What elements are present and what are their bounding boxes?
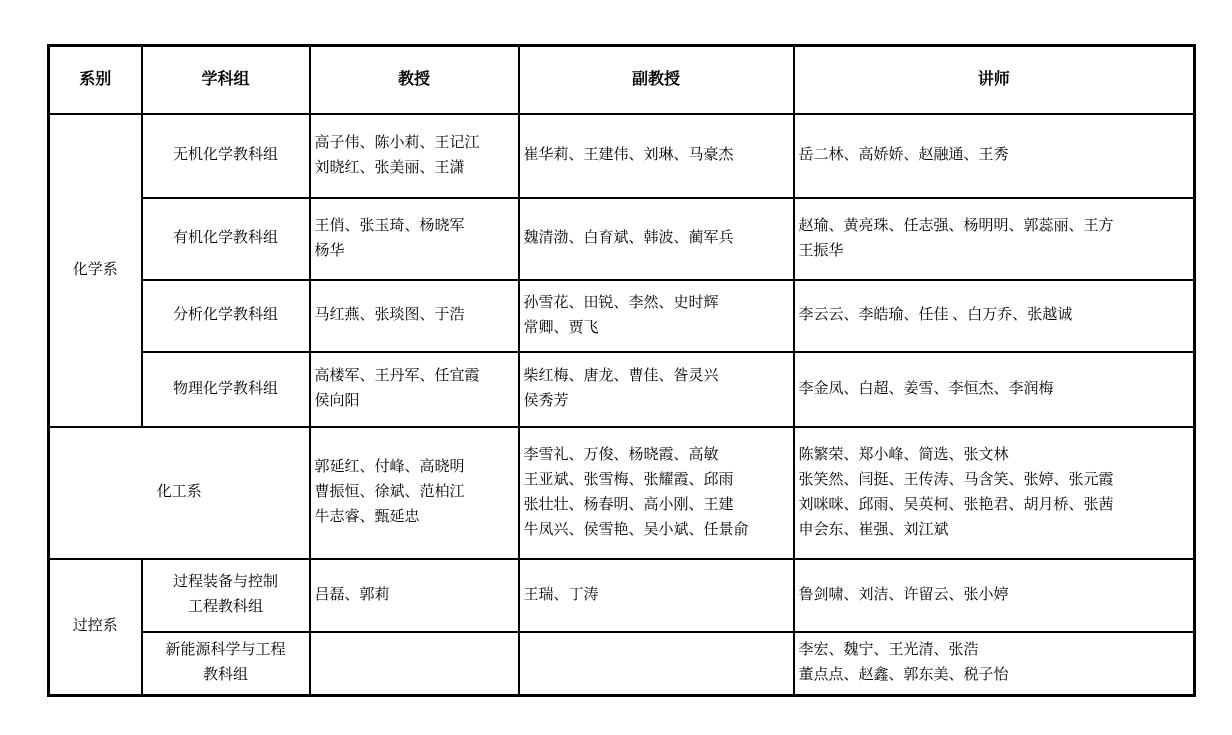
group-physical-chemistry: 物理化学教科组 bbox=[142, 352, 310, 427]
lecturers-chemeng: 陈繁荣、郑小峰、简选、张文林 张笑然、闫挺、王传涛、马含笑、张婷、张元霞 刘咪咪… bbox=[794, 427, 1195, 559]
professors-organic: 王俏、张玉琦、杨晓军 杨华 bbox=[310, 198, 519, 280]
header-associate-professor: 副教授 bbox=[519, 46, 794, 114]
group-analytical-chemistry: 分析化学教科组 bbox=[142, 280, 310, 352]
associate-professors-chemeng: 李雪礼、万俊、杨晓霞、高敏 王亚斌、张雪梅、张耀霞、邱雨 张壮壮、杨春明、高小刚… bbox=[519, 427, 794, 559]
header-professor: 教授 bbox=[310, 46, 519, 114]
lecturers-analytical: 李云云、李皓瑜、任佳 、白万乔、张越诚 bbox=[794, 280, 1195, 352]
table-row: 分析化学教科组 马红燕、张琰图、于浩 孙雪花、田锐、李然、史时辉 常卿、贾飞 李… bbox=[49, 280, 1195, 352]
header-row: 系别 学科组 教授 副教授 讲师 bbox=[49, 46, 1195, 114]
group-new-energy: 新能源科学与工程 教科组 bbox=[142, 632, 310, 696]
lecturers-new-energy: 李宏、魏宁、王光清、张浩 董点点、赵鑫、郭东美、税子怡 bbox=[794, 632, 1195, 696]
associate-professors-physical: 柴红梅、唐龙、曹佳、昝灵兴 侯秀芳 bbox=[519, 352, 794, 427]
dept-process-control: 过控系 bbox=[49, 559, 142, 696]
group-inorganic-chemistry: 无机化学教科组 bbox=[142, 114, 310, 198]
lecturers-physical: 李金凤、白超、姜雪、李恒杰、李润梅 bbox=[794, 352, 1195, 427]
professors-process-equipment: 吕磊、郭莉 bbox=[310, 559, 519, 632]
dept-chemical-engineering: 化工系 bbox=[49, 427, 310, 559]
header-lecturer: 讲师 bbox=[794, 46, 1195, 114]
associate-professors-new-energy bbox=[519, 632, 794, 696]
lecturers-process-equipment: 鲁剑啸、刘洁、许留云、张小婷 bbox=[794, 559, 1195, 632]
header-group: 学科组 bbox=[142, 46, 310, 114]
professors-inorganic: 高子伟、陈小莉、王记江 刘晓红、张美丽、王潇 bbox=[310, 114, 519, 198]
table-row: 新能源科学与工程 教科组 李宏、魏宁、王光清、张浩 董点点、赵鑫、郭东美、税子怡 bbox=[49, 632, 1195, 696]
table-row: 化学系 无机化学教科组 高子伟、陈小莉、王记江 刘晓红、张美丽、王潇 崔华莉、王… bbox=[49, 114, 1195, 198]
professors-analytical: 马红燕、张琰图、于浩 bbox=[310, 280, 519, 352]
document-page: 系别 学科组 教授 副教授 讲师 化学系 无机化学教科组 高子伟、陈小莉、王记江… bbox=[0, 0, 1232, 735]
table-row: 化工系 郭延红、付峰、高晓明 曹振恒、徐斌、范柏江 牛志睿、甄延忠 李雪礼、万俊… bbox=[49, 427, 1195, 559]
professors-chemeng: 郭延红、付峰、高晓明 曹振恒、徐斌、范柏江 牛志睿、甄延忠 bbox=[310, 427, 519, 559]
faculty-table: 系别 学科组 教授 副教授 讲师 化学系 无机化学教科组 高子伟、陈小莉、王记江… bbox=[47, 44, 1196, 697]
associate-professors-inorganic: 崔华莉、王建伟、刘琳、马豪杰 bbox=[519, 114, 794, 198]
professors-physical: 高楼军、王丹军、任宜霞 侯向阳 bbox=[310, 352, 519, 427]
lecturers-inorganic: 岳二林、高娇娇、赵融通、王秀 bbox=[794, 114, 1195, 198]
professors-new-energy bbox=[310, 632, 519, 696]
group-process-equipment: 过程装备与控制 工程教科组 bbox=[142, 559, 310, 632]
header-dept: 系别 bbox=[49, 46, 142, 114]
associate-professors-organic: 魏清渤、白育斌、韩波、蔺军兵 bbox=[519, 198, 794, 280]
table-row: 有机化学教科组 王俏、张玉琦、杨晓军 杨华 魏清渤、白育斌、韩波、蔺军兵 赵瑜、… bbox=[49, 198, 1195, 280]
table-row: 物理化学教科组 高楼军、王丹军、任宜霞 侯向阳 柴红梅、唐龙、曹佳、昝灵兴 侯秀… bbox=[49, 352, 1195, 427]
lecturers-organic: 赵瑜、黄亮珠、任志强、杨明明、郭蕊丽、王方 王振华 bbox=[794, 198, 1195, 280]
associate-professors-process-equipment: 王瑞、丁涛 bbox=[519, 559, 794, 632]
dept-chemistry: 化学系 bbox=[49, 114, 142, 427]
group-organic-chemistry: 有机化学教科组 bbox=[142, 198, 310, 280]
associate-professors-analytical: 孙雪花、田锐、李然、史时辉 常卿、贾飞 bbox=[519, 280, 794, 352]
table-row: 过控系 过程装备与控制 工程教科组 吕磊、郭莉 王瑞、丁涛 鲁剑啸、刘洁、许留云… bbox=[49, 559, 1195, 632]
